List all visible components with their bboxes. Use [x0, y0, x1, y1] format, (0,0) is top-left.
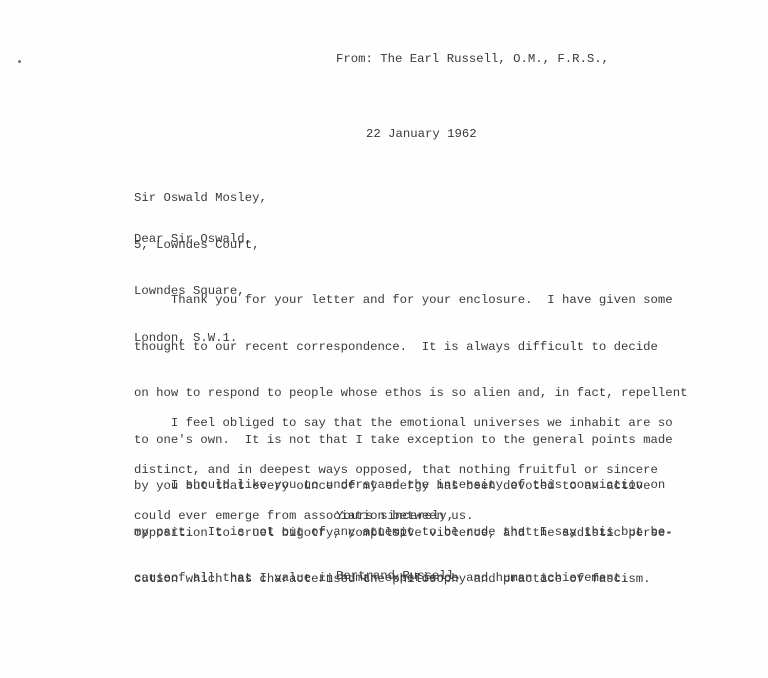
- paragraph-line: I feel obliged to say that the emotional…: [134, 416, 673, 432]
- letter-date: 22 January 1962: [366, 127, 477, 143]
- signature: Bertrand Russell.: [336, 569, 461, 585]
- ink-speck: [18, 60, 21, 63]
- closing: Yours sincerely,: [336, 509, 454, 525]
- paragraph-line: thought to our recent correspondence. It…: [134, 340, 687, 356]
- letter-page: From: The Earl Russell, O.M., F.R.S., 22…: [0, 0, 768, 678]
- salutation: Dear Sir Oswald,: [134, 232, 252, 248]
- paragraph-line: my part. It is not out of any attempt to…: [134, 525, 673, 541]
- address-line: Sir Oswald Mosley,: [134, 191, 267, 207]
- paragraph-line: Thank you for your letter and for your e…: [134, 293, 687, 309]
- letterhead-from-line: From: The Earl Russell, O.M., F.R.S.,: [336, 52, 609, 68]
- paragraph-line: I should like you to understand the inte…: [134, 478, 673, 494]
- body-paragraph-3: I should like you to understand the inte…: [134, 447, 673, 618]
